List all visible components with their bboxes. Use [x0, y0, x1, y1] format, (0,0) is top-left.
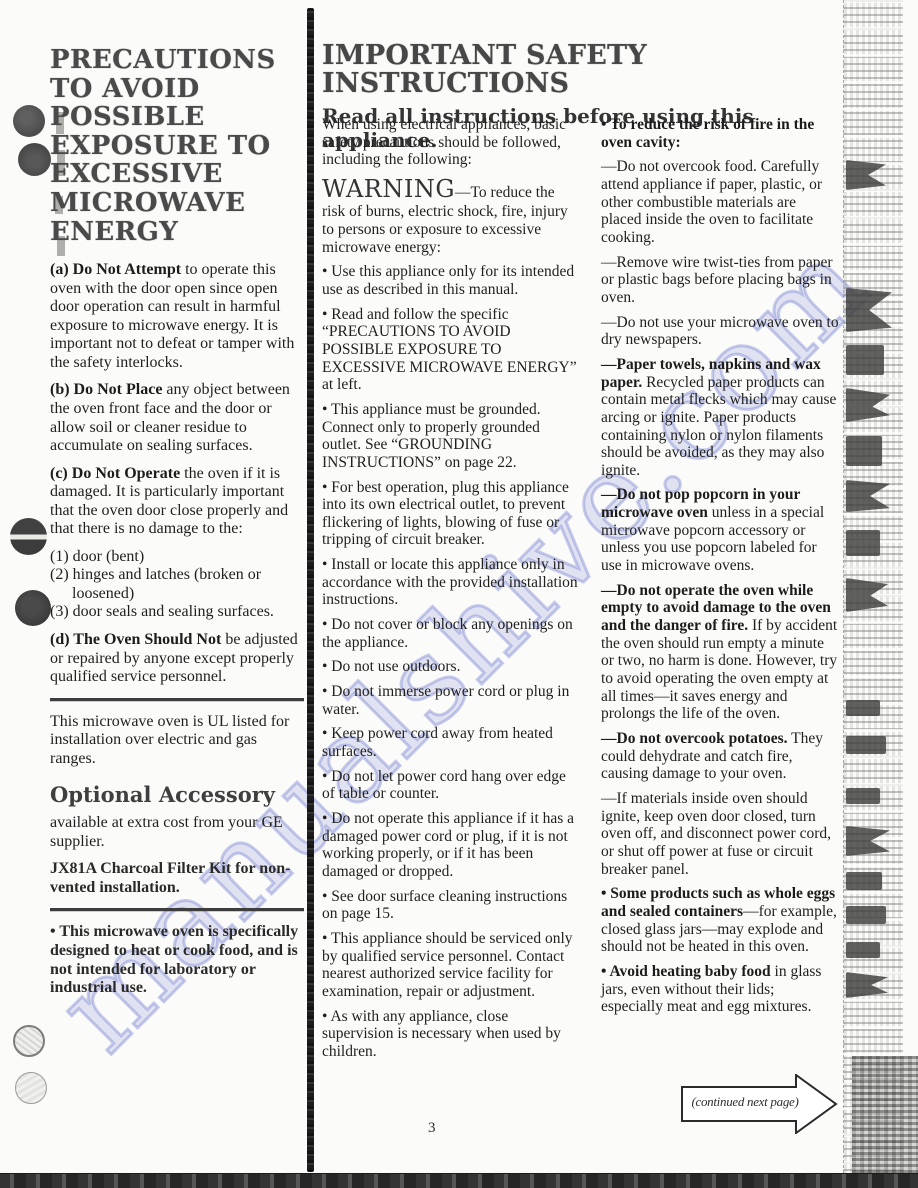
- binding-mark: [15, 590, 51, 626]
- title-line: MICROWAVE: [50, 189, 304, 218]
- safety-dash-item: —Do not pop popcorn in your microwave ov…: [601, 486, 840, 574]
- page-bottom-bar: [0, 1173, 918, 1188]
- left-column: PRECAUTIONS TO AVOID POSSIBLE EXPOSURE T…: [50, 46, 304, 1007]
- safety-bullet: • Some products such as whole eggs and s…: [601, 885, 840, 956]
- scan-artifact: [846, 736, 886, 754]
- title-line: EXCESSIVE: [50, 160, 304, 189]
- scan-artifact: [846, 700, 880, 716]
- right-column: • To reduce the risk of fire in the oven…: [601, 116, 840, 1068]
- precaution-b: (b) Do Not Place any object between the …: [50, 381, 304, 455]
- intro-paragraph: When using electrical appliances, basic …: [322, 116, 579, 169]
- scan-artifact: [846, 906, 886, 924]
- divider: [50, 698, 304, 701]
- binding-mark: [13, 105, 45, 137]
- safety-bullet: • Keep power cord away from heated surfa…: [322, 725, 579, 760]
- precautions-title: PRECAUTIONS TO AVOID POSSIBLE EXPOSURE T…: [50, 46, 304, 246]
- safety-bullet: • Use this appliance only for its intend…: [322, 263, 579, 298]
- continued-next-page-arrow: (continued next page): [678, 1074, 840, 1134]
- manual-page: manualshive.com PRECAUTIONS TO AVOID POS…: [0, 0, 918, 1188]
- scan-artifact: [846, 345, 884, 375]
- safety-bullet: • Install or locate this appliance only …: [322, 556, 579, 609]
- safety-bullet: • Avoid heating baby food in glass jars,…: [601, 963, 840, 1016]
- title-line: ENERGY: [50, 218, 304, 247]
- scan-artifact: [846, 788, 880, 804]
- fire-risk-heading: • To reduce the risk of fire in the oven…: [601, 116, 840, 151]
- safety-bullet: • See door surface cleaning instructions…: [322, 888, 579, 923]
- scan-artifact: [846, 436, 882, 466]
- safety-bullet: • This appliance should be serviced only…: [322, 930, 579, 1001]
- instruction-columns: When using electrical appliances, basic …: [322, 116, 840, 1068]
- page-spine-bar: [307, 8, 314, 1172]
- middle-column: When using electrical appliances, basic …: [322, 116, 579, 1068]
- safety-dash-item: —Paper towels, napkins and wax paper. Re…: [601, 356, 840, 480]
- safety-bullet: • Read and follow the specific “PRECAUTI…: [322, 306, 579, 394]
- safety-bullet: • This appliance must be grounded. Conne…: [322, 401, 579, 472]
- safety-dash-item: —Do not overcook potatoes. They could de…: [601, 730, 840, 783]
- title-line: POSSIBLE: [50, 103, 304, 132]
- title-line: TO AVOID: [50, 75, 304, 104]
- title-line: PRECAUTIONS: [50, 46, 304, 75]
- precaution-c: (c) Do Not Operate the oven if it is dam…: [50, 465, 304, 539]
- binding-mark: [13, 1025, 45, 1057]
- safety-dash-item: —If materials inside oven should ignite,…: [601, 790, 840, 878]
- safety-bullet: • Do not immerse power cord or plug in w…: [322, 683, 579, 718]
- safety-dash-item: —Do not operate the oven while empty to …: [601, 582, 840, 723]
- title-line: EXPOSURE TO: [50, 132, 304, 161]
- precaution-a: (a) Do Not Attempt to operate this oven …: [50, 261, 304, 372]
- design-note: • This microwave oven is specifically de…: [50, 923, 304, 997]
- safety-bullet: • As with any appliance, close supervisi…: [322, 1008, 579, 1061]
- scan-artifact: [846, 872, 882, 890]
- safety-bullet: • Do not use outdoors.: [322, 658, 579, 676]
- binding-mark: [15, 1072, 47, 1104]
- binding-mark: [18, 143, 51, 176]
- safety-bullet: • For best operation, plug this applianc…: [322, 479, 579, 550]
- accessory-kit-text: JX81A Charcoal Filter Kit for non-vented…: [50, 860, 304, 897]
- scan-artifact: [846, 530, 880, 556]
- scan-artifact: [852, 1056, 918, 1173]
- divider: [50, 908, 304, 911]
- safety-bullet: • Do not let power cord hang over edge o…: [322, 768, 579, 803]
- safety-dash-item: —Remove wire twist-ties from paper or pl…: [601, 254, 840, 307]
- damage-item: (1) door (bent): [50, 548, 304, 567]
- safety-bullet: • Do not cover or block any openings on …: [322, 616, 579, 651]
- page-number: 3: [428, 1120, 436, 1137]
- optional-accessory-text: available at extra cost from your GE sup…: [50, 814, 304, 851]
- damage-list: (1) door (bent) (2) hinges and latches (…: [50, 548, 304, 622]
- warning-paragraph: WARNING—To reduce the risk of burns, ele…: [322, 176, 579, 256]
- damage-item: (3) door seals and sealing surfaces.: [50, 603, 304, 622]
- damage-item: (2) hinges and latches (broken or loosen…: [50, 566, 304, 603]
- continued-label: (continued next page): [682, 1094, 808, 1110]
- optional-accessory-heading: Optional Accessory: [50, 782, 304, 807]
- scan-artifact: [846, 942, 880, 958]
- safety-dash-item: —Do not use your microwave oven to dry n…: [601, 314, 840, 349]
- precaution-d: (d) The Oven Should Not be adjusted or r…: [50, 631, 304, 687]
- page-title: IMPORTANT SAFETY INSTRUCTIONS: [322, 42, 842, 99]
- binding-mark: [10, 518, 47, 555]
- ul-listed-note: This microwave oven is UL listed for ins…: [50, 713, 304, 769]
- safety-dash-item: —Do not overcook food. Carefully attend …: [601, 158, 840, 246]
- safety-bullet: • Do not operate this appliance if it ha…: [322, 810, 579, 881]
- warning-word: WARNING: [322, 175, 455, 203]
